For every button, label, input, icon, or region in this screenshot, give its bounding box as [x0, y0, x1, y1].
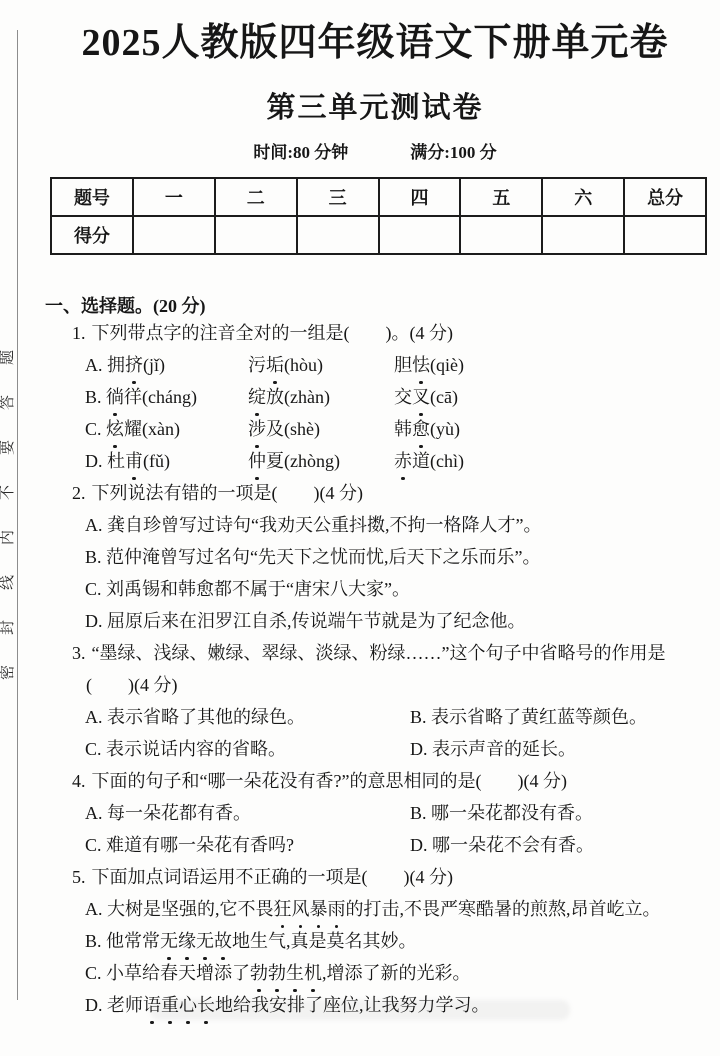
question-stem: 下列说法有错的一项是( )(4 分)	[92, 483, 363, 503]
question-5-options: A. 大树是坚强的,它不畏狂风暴雨的打击,不畏严寒酷暑的煎熬,昂首屹立。 B. …	[85, 893, 705, 1021]
time-limit: 时间:80 分钟	[253, 142, 348, 164]
option-cell: 污垢(hòu)	[248, 349, 394, 381]
question-5: 5.下面加点词语运用不正确的一项是( )(4 分) A. 大树是坚强的,它不畏狂…	[45, 861, 705, 1021]
option-cell: 交叉(cā)	[394, 381, 705, 413]
question-text: 4.下面的句子和“哪一朵花没有香?”的意思相同的是( )(4 分)	[86, 765, 705, 797]
option-cell: B. 徜徉(cháng)	[85, 381, 248, 413]
score-table-header-cell: 二	[215, 178, 297, 216]
score-table-header-cell: 一	[133, 178, 215, 216]
score-cell	[460, 216, 542, 254]
question-3-options: A. 表示省略了其他的绿色。 B. 表示省略了黄红蓝等颜色。 C. 表示说话内容…	[85, 701, 705, 765]
section-heading: 一、选择题。(20 分)	[45, 295, 705, 317]
option: B. 范仲淹曾写过名句“先天下之忧而忧,后天下之乐而乐”。	[85, 541, 705, 573]
score-table-header-cell: 六	[542, 178, 624, 216]
option-cell: 韩愈(yù)	[394, 413, 705, 445]
option-cell: 涉及(shè)	[248, 413, 394, 445]
question-stem: 下列带点字的注音全对的一组是( )。(4 分)	[92, 323, 453, 343]
score-table-header-cell: 总分	[624, 178, 706, 216]
full-score: 满分:100 分	[410, 142, 496, 164]
option: D. 表示声音的延长。	[410, 733, 705, 765]
option: A. 大树是坚强的,它不畏狂风暴雨的打击,不畏严寒酷暑的煎熬,昂首屹立。	[85, 893, 705, 925]
question-number: 3.	[72, 643, 92, 663]
question-4-options: A. 每一朵花都有香。 B. 哪一朵花都没有香。 C. 难道有哪一朵花有香吗? …	[85, 797, 705, 861]
option: D. 哪一朵花不会有香。	[410, 829, 705, 861]
exam-page: 题答要不内线封密 2025人教版四年级语文下册单元卷 第三单元测试卷 时间:80…	[0, 0, 720, 1056]
score-table-header-cell: 三	[297, 178, 379, 216]
option: B. 哪一朵花都没有香。	[410, 797, 705, 829]
option: C. 小草给春天增添了勃勃生机,增添了新的光彩。	[85, 957, 705, 989]
score-cell	[215, 216, 297, 254]
exam-meta: 时间:80 分钟 满分:100 分	[45, 142, 705, 164]
score-cell	[379, 216, 461, 254]
page-title: 2025人教版四年级语文下册单元卷	[45, 22, 705, 64]
option: C. 刘禹锡和韩愈都不属于“唐宋八大家”。	[85, 573, 705, 605]
question-1-options: A. 拥挤(jǐ) 污垢(hòu) 胆怯(qiè) B. 徜徉(cháng) 绽…	[85, 349, 705, 477]
score-table-score-row: 得分	[51, 216, 706, 254]
option-cell: 赤道(chì)	[394, 445, 705, 477]
seal-text: 题答要不内线封密	[0, 349, 17, 681]
question-number: 1.	[72, 323, 92, 343]
option-cell: 胆怯(qiè)	[394, 349, 705, 381]
option-cell: A. 拥挤(jǐ)	[85, 349, 248, 381]
score-table-header-row: 题号 一 二 三 四 五 六 总分	[51, 178, 706, 216]
paper-content: 2025人教版四年级语文下册单元卷 第三单元测试卷 时间:80 分钟 满分:10…	[45, 0, 705, 1021]
question-1: 1.下列带点字的注音全对的一组是( )。(4 分) A. 拥挤(jǐ) 污垢(h…	[45, 317, 705, 477]
score-table-header-cell: 五	[460, 178, 542, 216]
score-table-header-cell: 题号	[51, 178, 133, 216]
score-cell	[624, 216, 706, 254]
question-text: 3.“墨绿、浅绿、嫩绿、翠绿、淡绿、粉绿……”这个句子中省略号的作用是( )(4…	[86, 637, 705, 701]
question-3: 3.“墨绿、浅绿、嫩绿、翠绿、淡绿、粉绿……”这个句子中省略号的作用是( )(4…	[45, 637, 705, 765]
question-text: 5.下面加点词语运用不正确的一项是( )(4 分)	[86, 861, 705, 893]
score-cell	[133, 216, 215, 254]
question-number: 5.	[72, 867, 92, 887]
question-text: 1.下列带点字的注音全对的一组是( )。(4 分)	[86, 317, 705, 349]
option: A. 表示省略了其他的绿色。	[85, 701, 410, 733]
question-stem: 下面的句子和“哪一朵花没有香?”的意思相同的是( )(4 分)	[92, 771, 567, 791]
seal-line	[17, 30, 18, 1000]
score-table: 题号 一 二 三 四 五 六 总分 得分	[50, 177, 707, 255]
option-cell: D. 杜甫(fǔ)	[85, 445, 248, 477]
option-cell: C. 炫耀(xàn)	[85, 413, 248, 445]
score-row-label: 得分	[51, 216, 133, 254]
question-number: 2.	[72, 483, 92, 503]
option: D. 屈原后来在汨罗江自杀,传说端午节就是为了纪念他。	[85, 605, 705, 637]
question-stem: “墨绿、浅绿、嫩绿、翠绿、淡绿、粉绿……”这个句子中省略号的作用是( )(4 分…	[86, 643, 665, 695]
option: A. 每一朵花都有香。	[85, 797, 410, 829]
question-text: 2.下列说法有错的一项是( )(4 分)	[86, 477, 705, 509]
option-cell: 绽放(zhàn)	[248, 381, 394, 413]
question-2: 2.下列说法有错的一项是( )(4 分) A. 龚自珍曾写过诗句“我劝天公重抖擞…	[45, 477, 705, 637]
question-2-options: A. 龚自珍曾写过诗句“我劝天公重抖擞,不拘一格降人才”。 B. 范仲淹曾写过名…	[85, 509, 705, 637]
option: B. 表示省略了黄红蓝等颜色。	[410, 701, 705, 733]
question-stem: 下面加点词语运用不正确的一项是( )(4 分)	[92, 867, 453, 887]
option: C. 难道有哪一朵花有香吗?	[85, 829, 410, 861]
question-number: 4.	[72, 771, 92, 791]
score-cell	[297, 216, 379, 254]
option: B. 他常常无缘无故地生气,真是莫名其妙。	[85, 925, 705, 957]
option: C. 表示说话内容的省略。	[85, 733, 410, 765]
score-cell	[542, 216, 624, 254]
page-subtitle: 第三单元测试卷	[45, 92, 705, 124]
option-cell: 仲夏(zhòng)	[248, 445, 394, 477]
option: D. 老师语重心长地给我安排了座位,让我努力学习。	[85, 989, 705, 1021]
option: A. 龚自珍曾写过诗句“我劝天公重抖擞,不拘一格降人才”。	[85, 509, 705, 541]
score-table-header-cell: 四	[379, 178, 461, 216]
question-4: 4.下面的句子和“哪一朵花没有香?”的意思相同的是( )(4 分) A. 每一朵…	[45, 765, 705, 861]
